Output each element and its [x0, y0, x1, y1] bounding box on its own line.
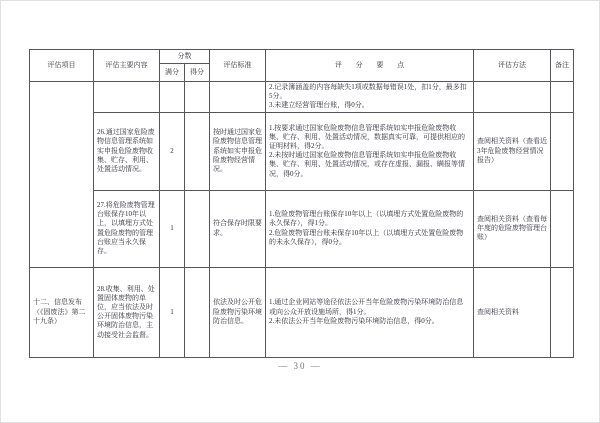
- cell-standard: 依法及时公开危险废物污染环境防治信息。: [210, 267, 266, 357]
- table-row-item-26: 26.通过国家危险废物信息管理系统如实申报危险废物收集、贮存、利用、处置活动情况…: [30, 112, 574, 190]
- table-row-item-27: 27.将危险废物管理台账保存10年以上，以填埋方式处置危险废物的管理台账应当永久…: [30, 190, 574, 267]
- header-standard: 评估标准: [210, 50, 266, 82]
- cell-note: [551, 82, 574, 113]
- cell-points: 1.按要求通过国家危险废物信息管理系统如实申报危险废物收集、贮存、利用、处置活动…: [266, 112, 474, 190]
- cell-points: 1.危险废物管理台账保存10年以上（以填埋方式处置危险废物的永久保存），得1分。…: [266, 190, 474, 267]
- cell-standard: 按时通过国家危险废物信息管理系统如实申报危险废物经营情况。: [210, 112, 266, 190]
- cell-method: [474, 82, 551, 113]
- cell-content: 26.通过国家危险废物信息管理系统如实申报危险废物收集、贮存、利用、处置活动情况…: [94, 112, 160, 190]
- document-page: 评估项目 评估主要内容 分数 评估标准 评 分 要 点 评估方法 备注 满分 得…: [0, 0, 600, 423]
- cell-score-got: [185, 112, 210, 190]
- cell-score-got: [185, 267, 210, 357]
- cell-method: 查阅相关资料: [474, 267, 551, 357]
- cell-content: 28.收集、利用、处置固体废物的单位，应当依法及时公开固体废物污染环境防治信息，…: [94, 267, 160, 357]
- page-number: — 30 —: [1, 361, 599, 371]
- table-header: 评估项目 评估主要内容 分数 评估标准 评 分 要 点 评估方法 备注 满分 得…: [30, 50, 574, 82]
- table-row-item-28: 十二、信息发布（《固废法》第二十九条） 28.收集、利用、处置固体废物的单位，应…: [30, 267, 574, 357]
- table-row-continuation: 2.记录簿涵盖的内容每缺失1项或数据每错误1处，扣1分，最多扣5分。 3.未建立…: [30, 82, 574, 113]
- header-points: 评 分 要 点: [266, 50, 474, 82]
- cell-score-got: [185, 190, 210, 267]
- cell-score-got: [185, 82, 210, 113]
- cell-standard: [210, 82, 266, 113]
- header-score-got: 得分: [185, 64, 210, 82]
- cell-score-full: 1: [160, 267, 185, 357]
- cell-project: 十二、信息发布（《固废法》第二十九条）: [30, 267, 94, 357]
- cell-points: 1.通过企业网站等途径依法公开当年危险废物污染环境防治信息或向公众开放设施场所，…: [266, 267, 474, 357]
- cell-content: 27.将危险废物管理台账保存10年以上，以填埋方式处置危险废物的管理台账应当永久…: [94, 190, 160, 267]
- cell-project-merged: [30, 82, 94, 268]
- header-method: 评估方法: [474, 50, 551, 82]
- header-main-content: 评估主要内容: [94, 50, 160, 82]
- cell-note: [551, 190, 574, 267]
- cell-content: [94, 82, 160, 113]
- cell-method: 查阅相关资料（查看每年度的危险废物管理台账）: [474, 190, 551, 267]
- cell-points: 2.记录簿涵盖的内容每缺失1项或数据每错误1处，扣1分，最多扣5分。 3.未建立…: [266, 82, 474, 113]
- header-score-group: 分数: [160, 50, 210, 64]
- cell-score-full: 1: [160, 190, 185, 267]
- cell-note: [551, 112, 574, 190]
- cell-note: [551, 267, 574, 357]
- cell-score-full: [160, 82, 185, 113]
- header-score-full: 满分: [160, 64, 185, 82]
- cell-method: 查阅相关资料（查看近3年危险废物经营情况报告）: [474, 112, 551, 190]
- cell-standard: 符合保存时限要求。: [210, 190, 266, 267]
- cell-score-full: 2: [160, 112, 185, 190]
- header-note: 备注: [551, 50, 574, 82]
- evaluation-table: 评估项目 评估主要内容 分数 评估标准 评 分 要 点 评估方法 备注 满分 得…: [29, 49, 574, 358]
- header-project: 评估项目: [30, 50, 94, 82]
